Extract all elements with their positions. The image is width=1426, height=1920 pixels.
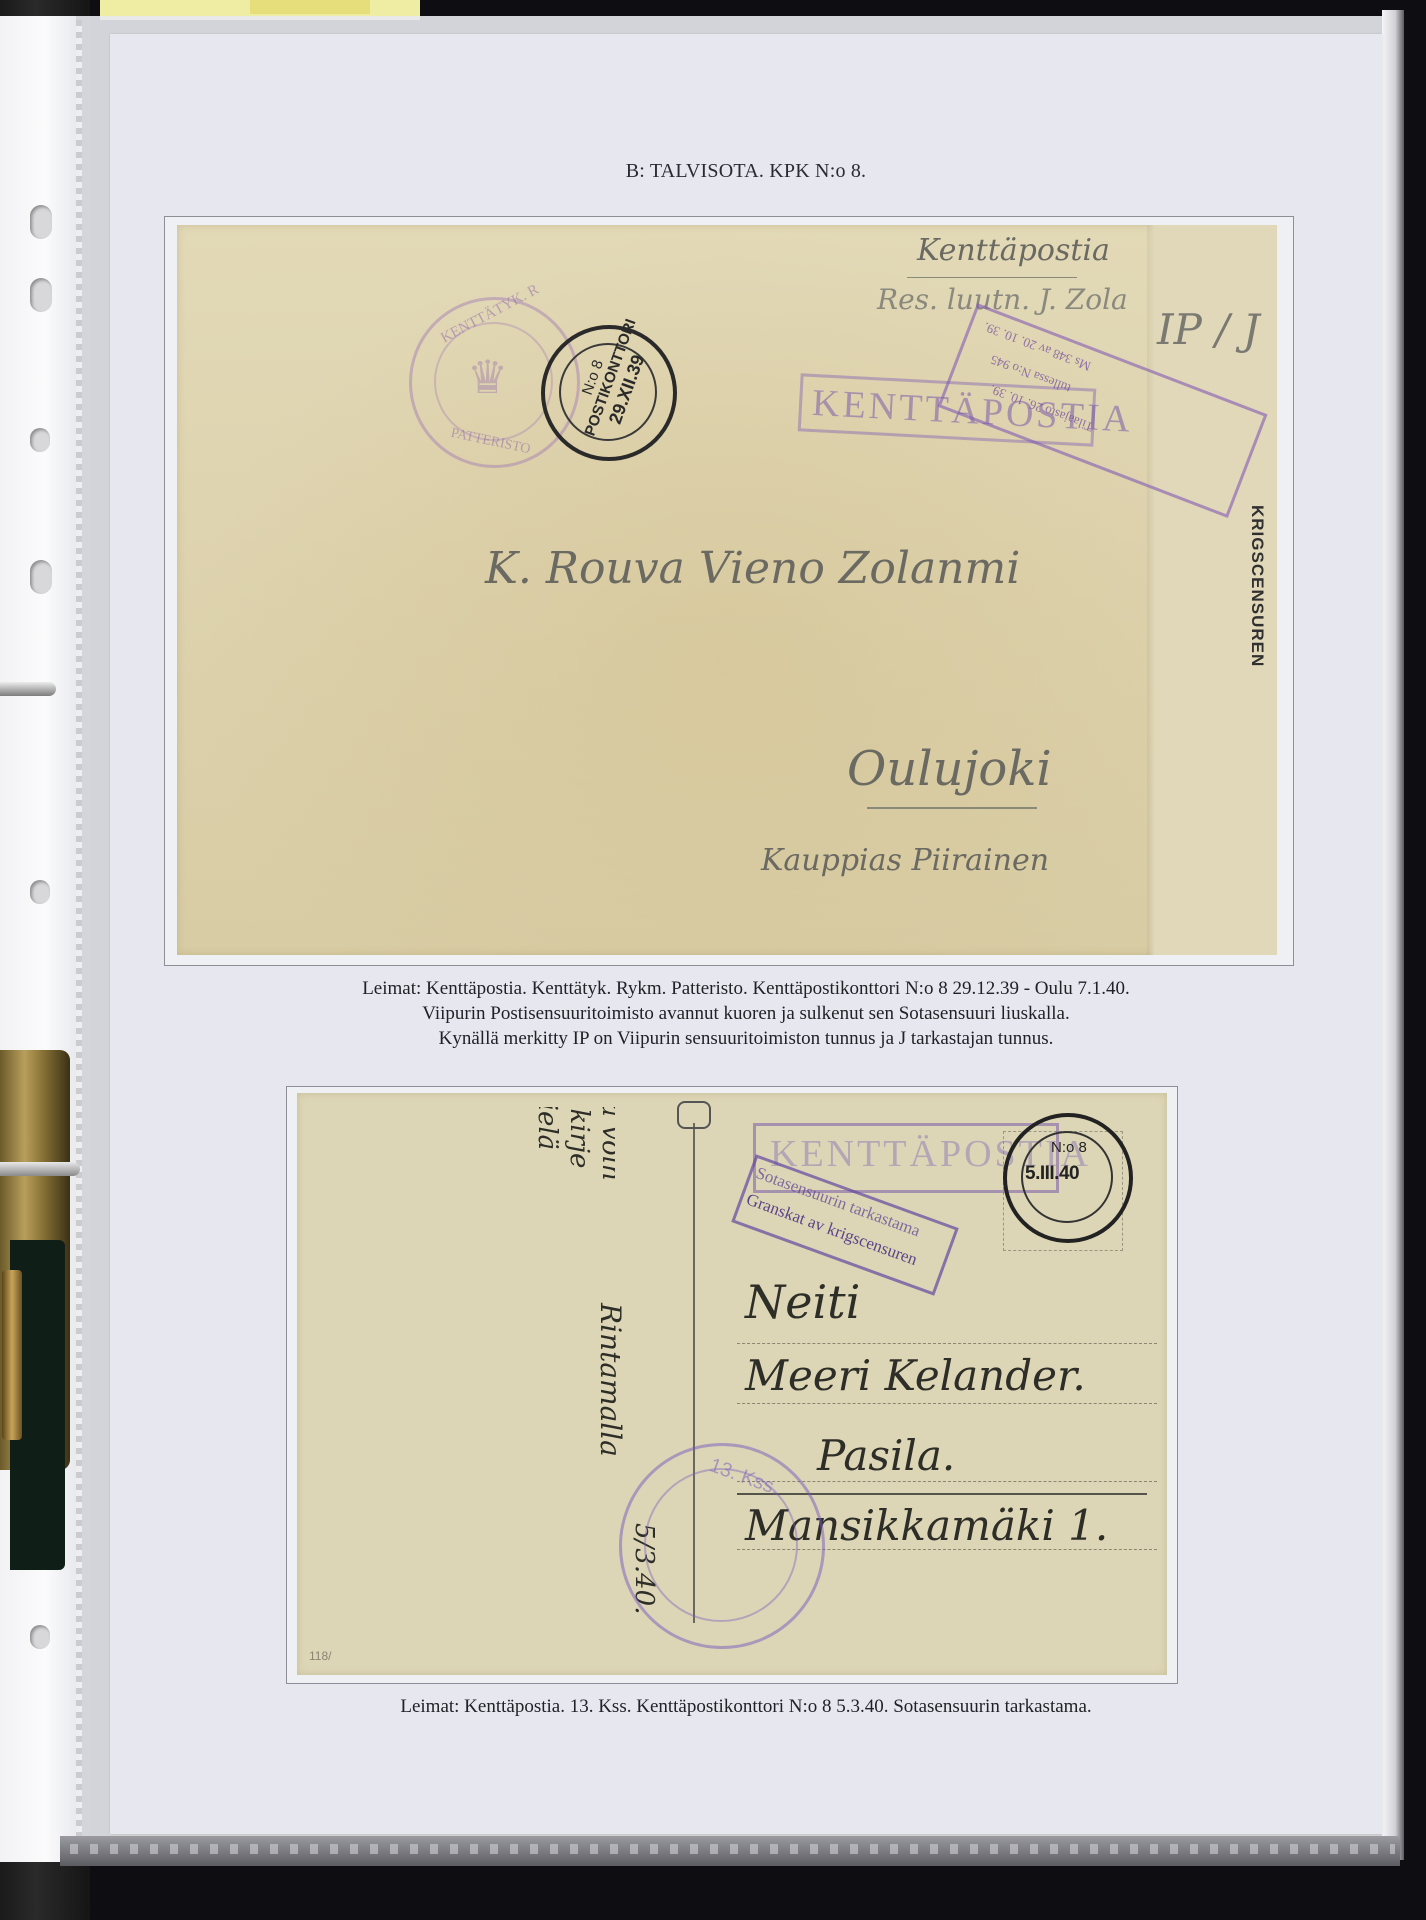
address-rule (737, 1343, 1157, 1344)
punch-hole (30, 278, 52, 312)
message-line: uni ainte tälle vielä (532, 1107, 562, 1246)
sleeve-perforation (76, 20, 82, 1840)
print-code: 118/ (309, 1649, 331, 1663)
postmark-date: 5.III.40 (1025, 1163, 1079, 1185)
pencil-underline (907, 277, 1077, 278)
binder-ring (0, 1162, 80, 1176)
caption-line: Kynällä merkitty IP on Viipurin sensuuri… (110, 1026, 1382, 1051)
pencil-underline (867, 807, 1037, 809)
sleeve-right-edge (1382, 10, 1404, 1860)
publisher-logo-icon (677, 1101, 711, 1129)
postcard-caption: Leimat: Kenttäpostia. 13. Kss. Kenttäpos… (110, 1694, 1382, 1719)
envelope-address-line1: K. Rouva Vieno Zolanmi (485, 543, 1020, 594)
pencil-note-sender: Res. luutn. J. Zola (877, 283, 1128, 316)
caption-line: Leimat: Kenttäpostia. 13. Kss. Kenttäpos… (110, 1694, 1382, 1719)
postmark-stamp: POSTIKONTTORI N:o 8 29.XII.39 (541, 325, 677, 461)
postcard-address-line3: Pasila. (817, 1431, 955, 1480)
envelope-address-city: Oulujoki (847, 741, 1052, 797)
pencil-censor-marks: IP / J (1157, 305, 1260, 354)
message-line: kun joten olen ja voin (596, 1107, 615, 1246)
pencil-note-field-post: Kenttäpostia (917, 233, 1110, 268)
postcard-address-line2: Meeri Kelander. (745, 1351, 1086, 1400)
punch-hole (30, 880, 50, 904)
caption-line: Leimat: Kenttäpostia. Kenttätyk. Rykm. P… (110, 976, 1382, 1001)
postcard-message: Hei vaan Mimi! Minnet tuu ainen täältä h… (315, 1107, 615, 1667)
postmark-number: N:o 8 (1051, 1139, 1087, 1156)
postcard-mount: Hei vaan Mimi! Minnet tuu ainen täältä h… (286, 1086, 1178, 1684)
punch-hole (30, 205, 52, 239)
sender-place: Rintamalla (594, 1303, 627, 1457)
envelope-address-line3: Kauppias Piirainen (761, 843, 1049, 878)
censor-box-line: Tilaajasto 26. 10. 39. (988, 381, 1096, 435)
unit-seal-stamp: 13. Kss. (619, 1443, 825, 1649)
punch-hole (30, 428, 50, 452)
message-line: mokia terveisin kirje (564, 1107, 594, 1246)
lion-crest-icon: ♛ (467, 350, 508, 404)
address-rule (737, 1403, 1157, 1404)
page-title: B: TALVISOTA. KPK N:o 8. (110, 160, 1382, 183)
yellow-paper-edge-2 (250, 0, 370, 14)
envelope: KRIGSCENSUREN Kenttäpostia Res. luutn. J… (177, 225, 1277, 955)
postmark-stamp: N:o 8 5.III.40 (1003, 1113, 1133, 1243)
sleeve-bottom-perforation (70, 1844, 1395, 1854)
postcard: Hei vaan Mimi! Minnet tuu ainen täältä h… (297, 1093, 1167, 1675)
punch-hole (30, 560, 52, 594)
binder-pin (2, 1270, 22, 1440)
album-page: B: TALVISOTA. KPK N:o 8. KRIGSCENSUREN K… (110, 34, 1382, 1834)
envelope-caption: Leimat: Kenttäpostia. Kenttätyk. Rykm. P… (110, 976, 1382, 1051)
binder-ring (0, 682, 56, 696)
envelope-mount: KRIGSCENSUREN Kenttäpostia Res. luutn. J… (164, 216, 1294, 966)
censor-tape-label: KRIGSCENSUREN (1247, 505, 1267, 667)
postcard-address-line1: Neiti (745, 1275, 860, 1329)
punch-hole (30, 1625, 50, 1649)
caption-line: Viipurin Postisensuuritoimisto avannut k… (110, 1001, 1382, 1026)
